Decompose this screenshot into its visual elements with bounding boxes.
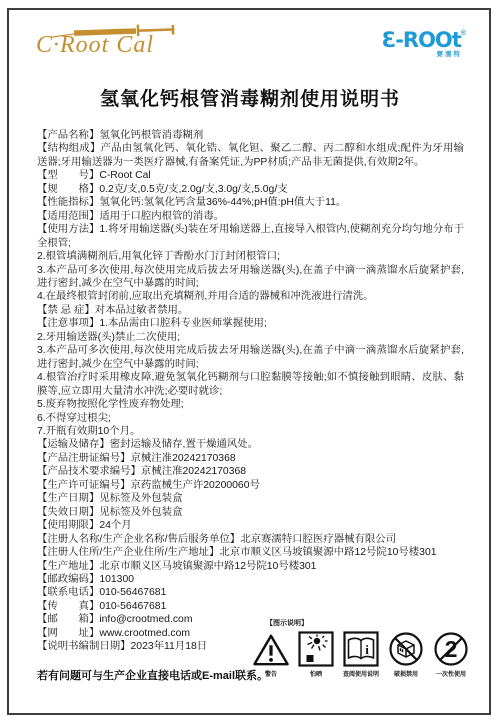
consult-instructions-icon: i [343,631,379,667]
paragraph: 【产品名称】氢氧化钙根管消毒糊剂 [37,129,464,142]
paragraph: 【联系电话】010-56467681 [37,586,464,599]
paragraph: 2.根管填满糊剂后,用氧化锌丁香酚水门汀封闭根管口; [37,250,464,263]
c-root-cal-logo: C·Root Cal [36,24,186,59]
svg-text:i: i [365,642,369,657]
paragraph: 【生产地址】北京市顺义区马坡镇聚源中路12号院10号楼301 [37,560,464,573]
paragraph: 【生产日期】见标签及外包装盒 [37,492,464,505]
paragraph: 【产品注册证编号】京械注准20242170368 [37,452,464,465]
paragraph: 3.本产品可多次使用,每次使用完成后拔去牙用输送器(头),在盖子中滴一滴蒸馏水后… [37,264,464,291]
icon-label: 一次性使用 [430,669,472,678]
paragraph: 【规 格】0.2克/支,0.5克/支,2.0g/支,3.0g/支,5.0g/支 [37,183,464,196]
paragraph: 4.在最终根管封闭前,应取出充填糊剂,并用合适的器械和冲洗液进行清洗。 [37,290,464,303]
brand-right-wordmark: Ɛ-ROOt [382,28,461,52]
instruction-leaflet-page: C·Root Cal Ɛ-ROOt® 赛濡特 氢氧化钙根管消毒糊剂使用说明书 【… [0,0,500,727]
paragraph: 【性能指标】氢氧化钙:氢氧化钙含量36%-44%;pH值:pH值大于11。 [37,196,464,209]
paragraph: 3.本产品可多次使用,每次使用完成后拔去牙用输送器(头),在盖子中滴一滴蒸馏水后… [37,344,464,371]
icon-label: 破损禁用 [385,669,427,678]
paragraph: 【运输及储存】密封运输及储存,置干燥通风处。 [37,438,464,451]
registered-trademark-icon: ® [461,30,466,37]
paragraph: 【注册人名称/生产企业名称/售后服务单位】北京赛濡特口腔医疗器械有限公司 [37,533,464,546]
legend-item-single-use: 2 一次性使用 [430,631,472,678]
paragraph: 【传 真】010-56467681 [37,600,464,613]
c-root-company-logo: Ɛ-ROOt® 赛濡特 [382,30,466,59]
contact-notice: 若有问题可与生产企业直接电话或E-mail联系。 [37,667,268,683]
paragraph: 7.开瓶有效期10个月。 [37,425,464,438]
paragraph: 5.废弃物按照化学性废弃物处理; [37,398,464,411]
paragraph: 【禁 忌 症】对本品过敏者禁用。 [37,304,464,317]
body-text: 【产品名称】氢氧化钙根管消毒糊剂【结构组成】产品由氢氧化钙、氧化锆、氧化钽、聚乙… [37,129,464,654]
icon-label: 怕晒 [295,669,337,678]
legend-item-do-not-use-if-damaged: 破损禁用 [385,631,427,678]
paragraph: 【邮政编码】101300 [37,573,464,586]
paragraph: 2.牙用输送器(头)禁止二次使用; [37,331,464,344]
paragraph: 【注册人住所/生产企业住所/生产地址】北京市顺义区马坡镇聚源中路12号院10号楼… [37,546,464,559]
legend-item-keep-away-from-sunlight: 怕晒 [295,631,337,678]
paragraph: 【生产许可证编号】京药监械生产许20200060号 [37,479,464,492]
paragraph: 【型 号】C-Root Cal [37,169,464,182]
paragraph: 【注意事项】1.本品需由口腔科专业医师掌握使用; [37,317,464,330]
single-use-icon: 2 [433,631,469,667]
legend-label: 【图示说明】 [266,618,474,628]
paragraph: 【失效日期】见标签及外包装盒 [37,506,464,519]
brand-right-subtitle: 赛濡特 [382,52,462,59]
warning-icon [252,633,290,667]
icon-label: 查阅使用说明 [340,669,382,678]
paragraph: 4.根管治疗时采用橡皮障,避免氢氧化钙糊剂与口腔黏膜等接触;如不慎接触到眼睛、皮… [37,371,464,398]
legend-item-consult-instructions: i 查阅使用说明 [340,631,382,678]
paragraph: 【结构组成】产品由氢氧化钙、氧化锆、氧化钽、聚乙二醇、丙二醇和水组成;配件为牙用… [37,142,464,169]
paragraph: 【产品技术要求编号】京械注准20242170368 [37,465,464,478]
paragraph: 6.不得穿过根尖; [37,412,464,425]
legend-icons-row: 警告 [250,631,474,678]
paragraph: 【使用方法】1.将牙用输送器(头)装在牙用输送器上,直接导入根管内,使糊剂充分均… [37,223,464,250]
keep-away-from-sunlight-icon [298,631,334,667]
do-not-use-if-damaged-icon [388,631,424,667]
pictogram-legend: 【图示说明】 警告 [250,618,474,678]
paragraph: 【适用范围】适用于口腔内根管的消毒。 [37,210,464,223]
paragraph: 【使用期限】24个月 [37,519,464,532]
page-title: 氢氧化钙根管消毒糊剂使用说明书 [0,84,500,111]
